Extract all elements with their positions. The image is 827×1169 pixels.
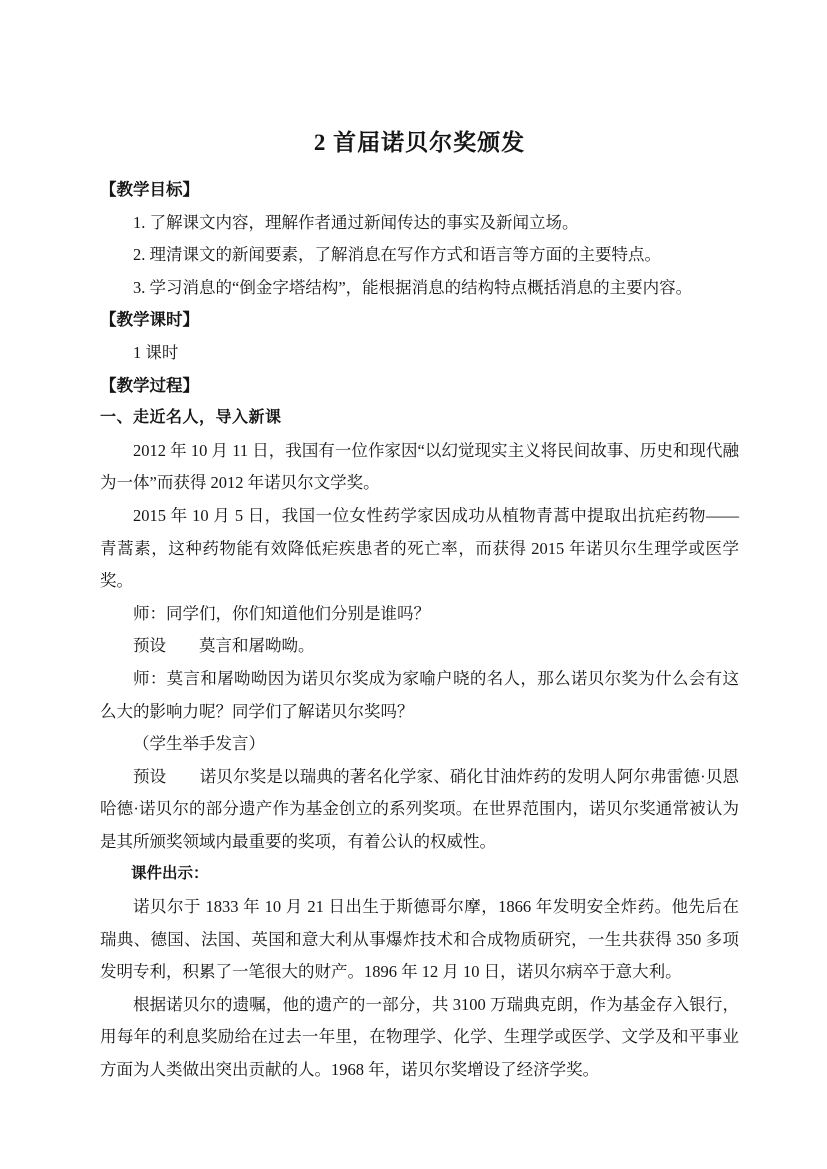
para-2012-mo-yan-intro: 2012 年 10 月 11 日，我国有一位作家因“以幻觉现实主义将民间故事、历…: [100, 435, 739, 500]
objective-item-3: 3. 学习消息的“倒金字塔结构”，能根据消息的结构特点概括消息的主要内容。: [100, 272, 739, 305]
para-2015-tu-youyou-intro: 2015 年 10 月 5 日，我国一位女性药学家因成功从植物青蒿中提取出抗疟药…: [100, 500, 739, 598]
heading-teaching-objectives: 【教学目标】: [100, 174, 739, 207]
para-nobel-will-fund: 根据诺贝尔的遗嘱，他的遗产的一部分，共 3100 万瑞典克朗，作为基金存入银行，…: [100, 989, 739, 1087]
para-nobel-biography: 诺贝尔于 1833 年 10 月 21 日出生于斯德哥尔摩，1866 年发明安全…: [100, 891, 739, 989]
para-preset-answer-2: 预设 诺贝尔奖是以瑞典的著名化学家、硝化甘油炸药的发明人阿尔弗雷德·贝恩哈德·诺…: [100, 761, 739, 859]
label-courseware-display: 课件出示：: [100, 858, 739, 891]
document-title: 2 首届诺贝尔奖颁发: [100, 126, 739, 160]
para-students-raise-hands: （学生举手发言）: [100, 728, 739, 761]
para-preset-answer-1: 预设 莫言和屠呦呦。: [100, 630, 739, 663]
para-teacher-question-1: 师：同学们，你们知道他们分别是谁吗？: [100, 598, 739, 631]
objective-item-1: 1. 了解课文内容，理解作者通过新闻传达的事实及新闻立场。: [100, 207, 739, 240]
document-page: 2 首届诺贝尔奖颁发 【教学目标】 1. 了解课文内容，理解作者通过新闻传达的事…: [0, 0, 827, 1169]
para-teacher-question-2: 师：莫言和屠呦呦因为诺贝尔奖成为家喻户晓的名人，那么诺贝尔奖为什么会有这么大的影…: [100, 663, 739, 728]
objective-item-2: 2. 理清课文的新闻要素，了解消息在写作方式和语言等方面的主要特点。: [100, 239, 739, 272]
heading-teaching-periods: 【教学课时】: [100, 304, 739, 337]
teaching-periods-value: 1 课时: [100, 337, 739, 370]
heading-teaching-process: 【教学过程】: [100, 370, 739, 403]
subheading-part-one-intro: 一、走近名人，导入新课: [100, 402, 739, 435]
